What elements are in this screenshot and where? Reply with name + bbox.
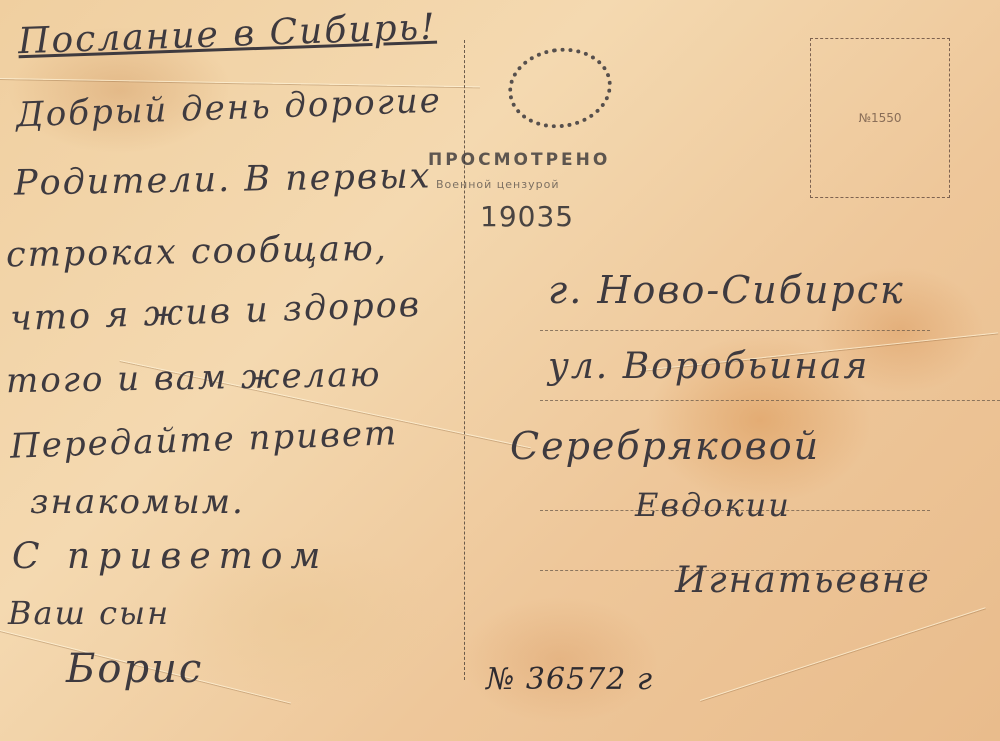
sender-number: № 36572 г xyxy=(486,662,653,697)
address-line: Игнатьевне xyxy=(675,560,931,601)
address-rule xyxy=(540,400,1000,401)
postcard: №1550 ПРОСМОТРЕНО Военной цензурой 19035… xyxy=(0,0,1000,741)
message-line: Передайте привет xyxy=(9,413,398,467)
address-rule xyxy=(540,330,930,331)
message-line: Ваш сын xyxy=(8,594,170,632)
postmark-line2: Военной цензурой xyxy=(436,178,559,191)
message-line: Послание в Сибирь! xyxy=(17,7,437,63)
center-divider xyxy=(464,40,465,680)
postmark-number: 19035 xyxy=(480,200,574,233)
address-line: Евдокии xyxy=(635,486,791,524)
message-line: С приветом xyxy=(12,536,328,577)
signature: Борис xyxy=(66,646,203,692)
postmark-line1: ПРОСМОТРЕНО xyxy=(428,150,610,170)
message-line: строках сообщаю, xyxy=(6,229,388,276)
message-line: знакомым. xyxy=(30,482,245,522)
postmark-circle-icon xyxy=(503,41,617,135)
message-line: что я жив и здоров xyxy=(9,285,421,339)
paper-crease xyxy=(700,607,986,701)
address-line: ул. Воробьиная xyxy=(548,346,869,387)
stamp-box: №1550 xyxy=(810,38,950,198)
stamp-box-label: №1550 xyxy=(811,111,949,125)
message-line: Добрый день дорогие xyxy=(15,81,442,136)
message-line: Родители. В первых xyxy=(14,156,432,203)
address-line: Серебряковой xyxy=(510,424,820,468)
message-line: того и вам желаю xyxy=(6,355,382,402)
address-line: г. Ново-Сибирск xyxy=(548,268,905,312)
